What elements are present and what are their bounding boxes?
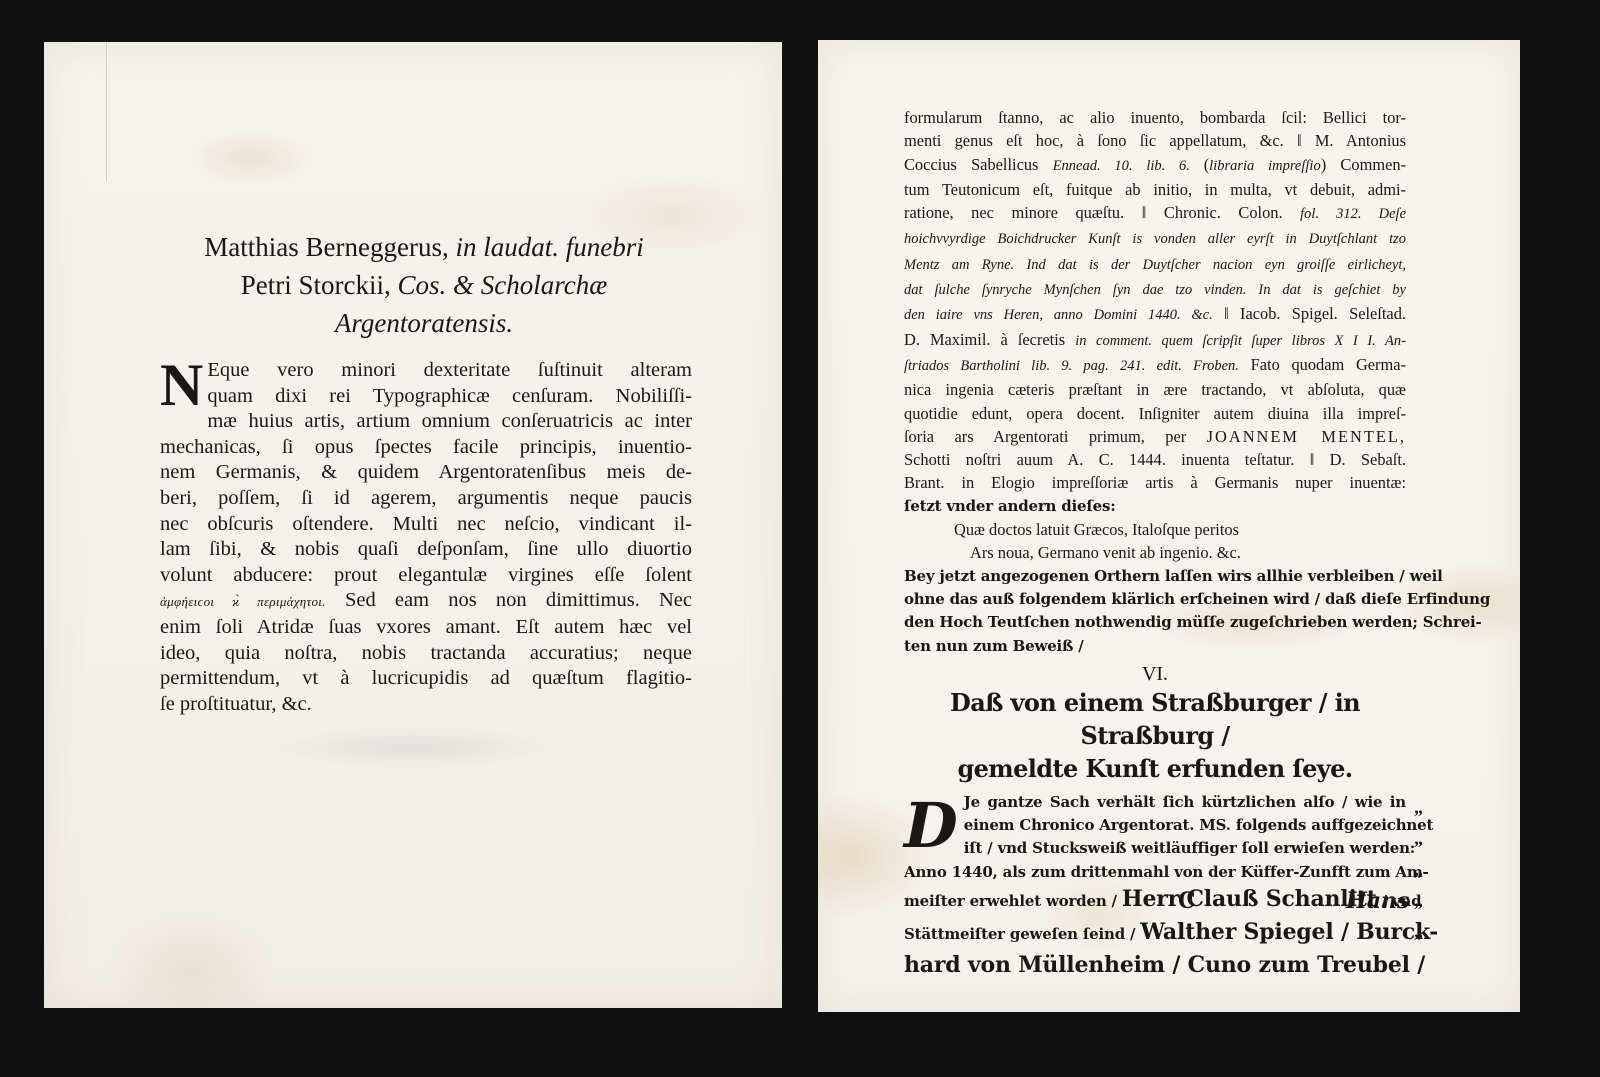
text-line: Brant. in Elogio impreſſoriæ artis à Ger… xyxy=(904,471,1406,494)
text-line: Eque vero minori dexteritate ſuſtinuit a… xyxy=(160,358,692,384)
text-fragment: in comment. quem ſcripſit ſuper libros X… xyxy=(1075,333,1406,349)
text-fragment: dat ſulche ſynryche Mynſchen ſyn dae tzo… xyxy=(904,282,1406,298)
text-line: ideo, quia noſtra, nobis tractanda accur… xyxy=(160,641,692,667)
text-fragment: den iaire vns Heren, anno Domini 1440. &… xyxy=(904,307,1213,323)
text-fragment: Sed eam nos non dimittimus. Nec xyxy=(326,589,692,611)
text-line: ſoria ars Argentorati primum, per JOANNE… xyxy=(904,425,1406,448)
left-page: Matthias Berneggerus, in laudat. funebri… xyxy=(44,42,782,1008)
text-line: menti genus eſt hoc, à ſono ſic appellat… xyxy=(904,129,1406,152)
text-line: mechanicas, ſi opus ſpectes facile princ… xyxy=(160,435,692,461)
text-fragment: Coccius Sabellicus xyxy=(904,155,1053,174)
subject-name: Petri Storckii, xyxy=(241,270,398,300)
fraktur-line: Bey jetzt angezogenen Orthern laſſen wir… xyxy=(904,565,1406,588)
fraktur-line: den Hoch Teutſchen nothwendig müſſe zuge… xyxy=(904,611,1406,634)
text-line: ſe proſtituatur, &c. xyxy=(160,692,692,718)
text-fragment: ſoria ars Argentorati primum, per xyxy=(904,427,1207,446)
heading-line-3: Argentoratensis. xyxy=(154,304,694,342)
text-fragment: ratione, nec minore quæſtu. ‖ Chronic. C… xyxy=(904,203,1300,222)
verse-line-1: Quæ doctos latuit Græcos, Italoſque peri… xyxy=(904,518,1406,541)
text-line: hoichvvyrdige Boichdrucker Kunſt is vond… xyxy=(904,226,1406,251)
text-fragment: nica ingenia cæteris præſtant in ære tra… xyxy=(904,380,1406,399)
citation-heading: Matthias Berneggerus, in laudat. funebri… xyxy=(154,228,694,342)
text-line: beri, poſſem, ſi id agerem, argumentis n… xyxy=(160,486,692,512)
right-body-text: formularum ſtanno, ac alio inuento, bomb… xyxy=(904,106,1406,983)
text-line: den iaire vns Heren, anno Domini 1440. &… xyxy=(904,302,1406,327)
names-line-3: hard von Müllenheim / Cuno zum Treubel / xyxy=(904,950,1406,983)
fraktur-line: iſt / vnd Stucksweiß weitläuffiger ſoll … xyxy=(904,837,1406,860)
paper-tear-mark xyxy=(106,42,109,182)
text-line: permittendum, vt à lucricupidis ad quæſt… xyxy=(160,666,692,692)
person-names: Herr Clauß Schanlitt xyxy=(1122,886,1377,912)
text-fragment: quotidie edunt, opera docent. Inſigniter… xyxy=(904,404,1406,423)
latin-citations: formularum ſtanno, ac alio inuento, bomb… xyxy=(904,106,1406,495)
text-line: ſtriados Bartholini lib. 9. pag. 241. ed… xyxy=(904,353,1406,378)
text-fragment: Fato quodam Germa- xyxy=(1239,355,1406,374)
text-line-greek: ἀμφήειϲοι ϰ̀ περιμάχητοι. Sed eam nos no… xyxy=(160,588,692,615)
text-line: quam dixi rei Typographicæ cenſuram. Nob… xyxy=(160,384,692,410)
text-line: tum Teutonicum eſt, fuitque ab initio, i… xyxy=(904,178,1406,201)
text-line: enim ſoli Atridæ ſuas vxores amant. Eſt … xyxy=(160,615,692,641)
text-fragment: ſtriados Bartholini lib. 9. pag. 241. ed… xyxy=(904,358,1239,374)
text-line: quotidie edunt, opera docent. Inſigniter… xyxy=(904,402,1406,425)
heading-line-2: Petri Storckii, Cos. & Scholarchæ xyxy=(154,266,694,304)
quote-mark: „ xyxy=(1414,885,1434,916)
signature-mark: C xyxy=(1178,888,1196,914)
text-line: nica ingenia cæteris præſtant in ære tra… xyxy=(904,378,1406,401)
text-fragment: Schotti noſtri auum A. C. 1444. inuenta … xyxy=(904,450,1406,469)
text-line: Mentz am Ryne. Ind dat is der Duytſcher … xyxy=(904,252,1406,277)
subject-city: Argentoratensis. xyxy=(335,308,513,338)
fraktur-line: ten nun zum Beweiß / xyxy=(904,635,1406,658)
text-line: formularum ſtanno, ac alio inuento, bomb… xyxy=(904,106,1406,129)
text-line: ratione, nec minore quæſtu. ‖ Chronic. C… xyxy=(904,201,1406,226)
text-fragment: fol. 312. Deſe xyxy=(1300,206,1406,222)
text-line: Schotti noſtri auum A. C. 1444. inuenta … xyxy=(904,448,1406,471)
dropcap-d-ornament: D xyxy=(904,793,958,859)
text-fragment: D. Maximil. à ſecretis xyxy=(904,330,1075,349)
text-fragment: meiſter erwehlet worden / xyxy=(904,892,1122,910)
person-names: Walther Spiegel / Burck- xyxy=(1140,919,1438,945)
text-fragment: libraria impreſſio xyxy=(1209,158,1321,174)
text-line: mæ huius artis, artium omnium conſeruatr… xyxy=(160,409,692,435)
subject-office: Cos. & Scholarchæ xyxy=(397,270,607,300)
text-fragment: Mentz am Ryne. Ind dat is der Duytſcher … xyxy=(904,257,1406,273)
quote-mark: „ xyxy=(1414,792,1434,823)
names-line-1: meiſter erwehlet worden / Herr Clauß Sch… xyxy=(904,884,1406,917)
quote-mark: „ xyxy=(1414,823,1434,854)
text-fragment: hoichvvyrdige Boichdrucker Kunſt is vond… xyxy=(904,231,1406,247)
section-paragraph: D Je gantze Sach verhält ſich kürtzliche… xyxy=(904,791,1406,983)
text-fragment: menti genus eſt hoc, à ſono ſic appellat… xyxy=(904,131,1406,150)
text-fragment: Stättmeiſter geweſen ſeind / xyxy=(904,925,1140,943)
author-name: Matthias Berneggerus, xyxy=(204,232,455,262)
right-page: formularum ſtanno, ac alio inuento, bomb… xyxy=(818,40,1520,1012)
text-fragment: JOANNEM MENTEL, xyxy=(1207,427,1406,446)
greek-phrase: ἀμφήειϲοι ϰ̀ περιμάχητοι. xyxy=(160,594,326,609)
text-line: nem Germanis, & quidem Argentoratenſibus… xyxy=(160,460,692,486)
heading-line-1: Matthias Berneggerus, in laudat. funebri xyxy=(154,228,694,266)
section-title-line-2: gemeldte Kunſt erfunden ſeye. xyxy=(904,752,1406,785)
text-fragment: tum Teutonicum eſt, fuitque ab initio, i… xyxy=(904,180,1406,199)
quote-mark: „ xyxy=(1414,854,1434,885)
section-number: VI. xyxy=(904,662,1406,686)
text-line: lam ſibi, & nobis quaſi deſponſam, ſine … xyxy=(160,537,692,563)
catchword: Hans xyxy=(1346,888,1409,914)
margin-quote-marks: „ „ „ „ „ xyxy=(1414,792,1434,947)
fraktur-line: ohne das auß folgendem klärlich erſchein… xyxy=(904,588,1406,611)
quote-mark: „ xyxy=(1414,916,1434,947)
text-line: Coccius Sabellicus Ennead. 10. lib. 6. (… xyxy=(904,153,1406,178)
person-names: hard von Müllenheim / Cuno zum Treubel / xyxy=(904,952,1425,978)
text-line: D. Maximil. à ſecretis in comment. quem … xyxy=(904,328,1406,353)
latin-body-text: N Eque vero minori dexteritate ſuſtinuit… xyxy=(160,358,692,717)
text-fragment: ‖ Iacob. Spigel. Seleſtad. xyxy=(1213,304,1406,323)
fraktur-line: Je gantze Sach verhält ſich kürtzlichen … xyxy=(904,791,1406,814)
text-fragment: formularum ſtanno, ac alio inuento, bomb… xyxy=(904,108,1406,127)
text-fragment: Brant. in Elogio impreſſoriæ artis à Ger… xyxy=(904,473,1406,492)
text-fragment: ) Commen- xyxy=(1321,155,1406,174)
names-line-2: Stättmeiſter geweſen ſeind / Walther Spi… xyxy=(904,917,1406,950)
work-title: in laudat. funebri xyxy=(455,232,643,262)
text-fragment: Ennead. 10. lib. 6. xyxy=(1053,158,1204,174)
verse-line-2: Ars noua, Germano venit ab ingenio. &c. xyxy=(904,541,1406,564)
section-title-line-1: Daß von einem Straßburger / in Straßburg… xyxy=(904,686,1406,752)
fraktur-line: einem Chronico Argentorat. MS. folgends … xyxy=(904,814,1406,837)
text-line: dat ſulche ſynryche Mynſchen ſyn dae tzo… xyxy=(904,277,1406,302)
text-line: volunt abducere: prout elegantulæ virgin… xyxy=(160,563,692,589)
dropcap-n: N xyxy=(160,360,203,410)
fraktur-line: Anno 1440, als zum drittenmahl von der K… xyxy=(904,861,1406,884)
text-line: nec obſcuris oſtendere. Multi nec neſcio… xyxy=(160,512,692,538)
fraktur-intro-line: ſetzt vnder andern dieſes: xyxy=(904,495,1406,518)
